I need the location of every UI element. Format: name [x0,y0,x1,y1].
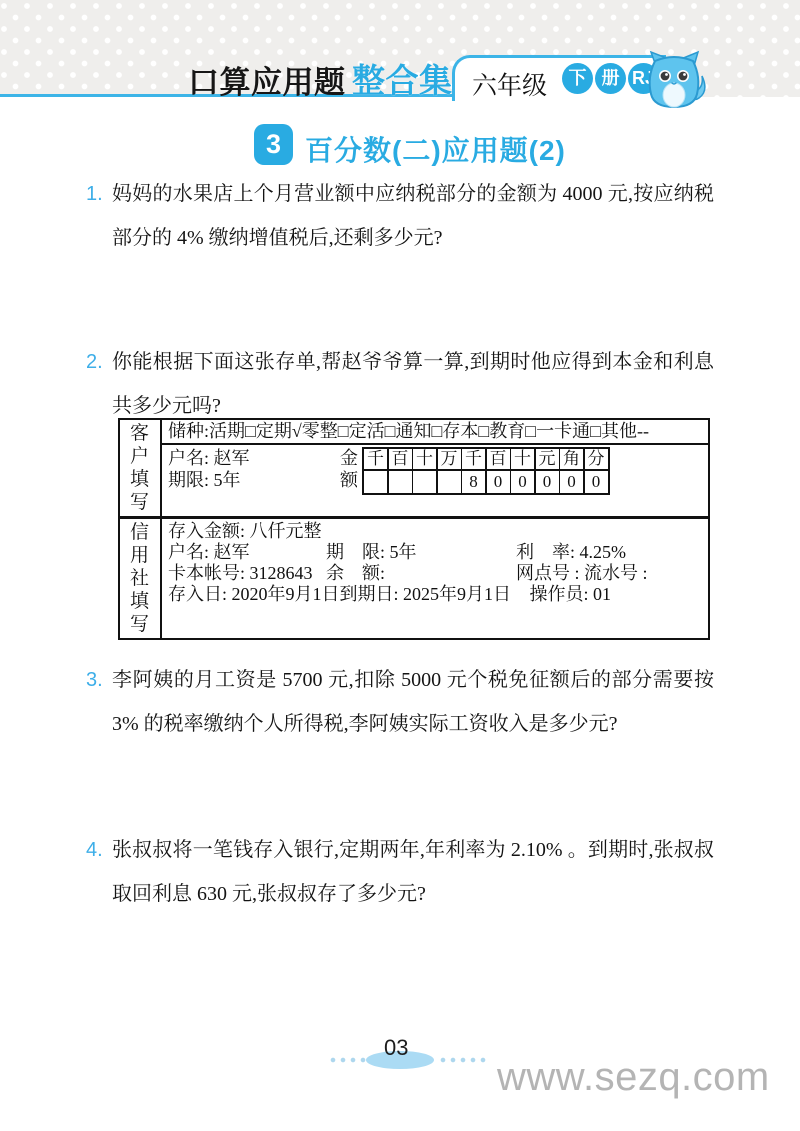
problem-4-number: 4. [86,828,112,872]
digit-value [438,471,461,493]
problem-3: 3. 李阿姨的月工资是 5700 元,扣除 5000 元个税免征额后的部分需要按… [86,658,714,746]
digit-value [364,471,387,493]
bank-account-name: 户名: 赵军 [168,542,326,563]
deposit-slip-bank-section: 信用社填写 存入金额: 八仟元整 户名: 赵军 期 限: 5年 利 率: 4.2… [120,519,708,638]
volume-badge-xia: 下 [562,63,593,94]
series-title-black: 口算应用题 [188,57,346,102]
page-number: 03 [384,1035,408,1061]
amount-grid: 金额 千 百 十 万 千 百 十 元 角 分 [340,447,610,495]
bank-deposit-date: 存入日: 2020年9月1日 [168,584,340,605]
digit-header: 百 [389,449,412,469]
problem-1-number: 1. [86,172,112,216]
problem-4: 4. 张叔叔将一笔钱存入银行,定期两年,年利率为 2.10% 。到期时,张叔叔取… [86,828,714,916]
digit-header: 分 [585,449,608,469]
bank-card-number: 卡本帐号: 3128643 [168,563,326,584]
customer-section-label: 客户填写 [120,420,162,516]
footer-dots-right [438,1057,490,1063]
digit-header: 角 [560,449,583,469]
digit-header: 十 [511,449,534,469]
problem-2-text: 你能根据下面这张存单,帮赵爷爷算一算,到期时他应得到本金和利息共多少元吗? [112,340,714,428]
problem-2-number: 2. [86,340,112,384]
problem-2: 2. 你能根据下面这张存单,帮赵爷爷算一算,到期时他应得到本金和利息共多少元吗? [86,340,714,428]
digit-value: 0 [487,471,510,493]
problem-3-number: 3. [86,658,112,702]
bank-section-label: 信用社填写 [120,519,162,638]
problem-4-text: 张叔叔将一笔钱存入银行,定期两年,年利率为 2.10% 。到期时,张叔叔取回利息… [112,828,714,916]
problem-3-text: 李阿姨的月工资是 5700 元,扣除 5000 元个税免征额后的部分需要按 3%… [112,658,714,746]
grade-label: 六年级 [472,66,547,102]
volume-badge-ce: 册 [595,63,626,94]
digit-value: 0 [511,471,534,493]
bank-operator: 操作员: 01 [530,584,704,605]
deposit-slip-table: 客户填写 储种:活期□定期√零整□定活□通知□存本□教育□一卡通□其他-- 户名… [118,418,710,640]
cat-mascot-icon [643,50,707,110]
digit-header: 十 [413,449,436,469]
problem-1-text: 妈妈的水果店上个月营业额中应纳税部分的金额为 4000 元,按应纳税部分的 4%… [112,172,714,260]
digit-value: 0 [536,471,559,493]
deposit-type-row: 储种:活期□定期√零整□定活□通知□存本□教育□一卡通□其他-- [162,420,708,445]
bank-rate: 利 率: 4.25% [516,542,704,563]
bank-term: 期 限: 5年 [326,542,516,563]
digit-value: 0 [560,471,583,493]
digit-value [413,471,436,493]
digit-header: 千 [462,449,485,469]
lesson-number-badge: 3 [254,124,293,165]
digit-value: 0 [585,471,608,493]
digit-value [389,471,412,493]
deposit-amount-words: 存入金额: 八仟元整 [168,521,322,542]
customer-term: 期限: 5年 [168,469,340,491]
customer-account-name: 户名: 赵军 [168,447,340,469]
bank-due-date: 到期日: 2025年9月1日 [340,584,530,605]
bank-branch-serial: 网点号 : 流水号 : [516,563,704,584]
watermark: www.sezq.com [497,1055,770,1100]
amount-label: 金额 [340,447,360,495]
digit-header: 元 [536,449,559,469]
bank-balance: 余 额: [326,563,516,584]
digit-header: 万 [438,449,461,469]
deposit-slip-customer-section: 客户填写 储种:活期□定期√零整□定活□通知□存本□教育□一卡通□其他-- 户名… [120,420,708,519]
digit-value: 8 [462,471,485,493]
lesson-title: 百分数(二)应用题(2) [305,129,566,169]
digit-header: 千 [364,449,387,469]
digit-header: 百 [487,449,510,469]
problem-1: 1. 妈妈的水果店上个月营业额中应纳税部分的金额为 4000 元,按应纳税部分的… [86,172,714,260]
